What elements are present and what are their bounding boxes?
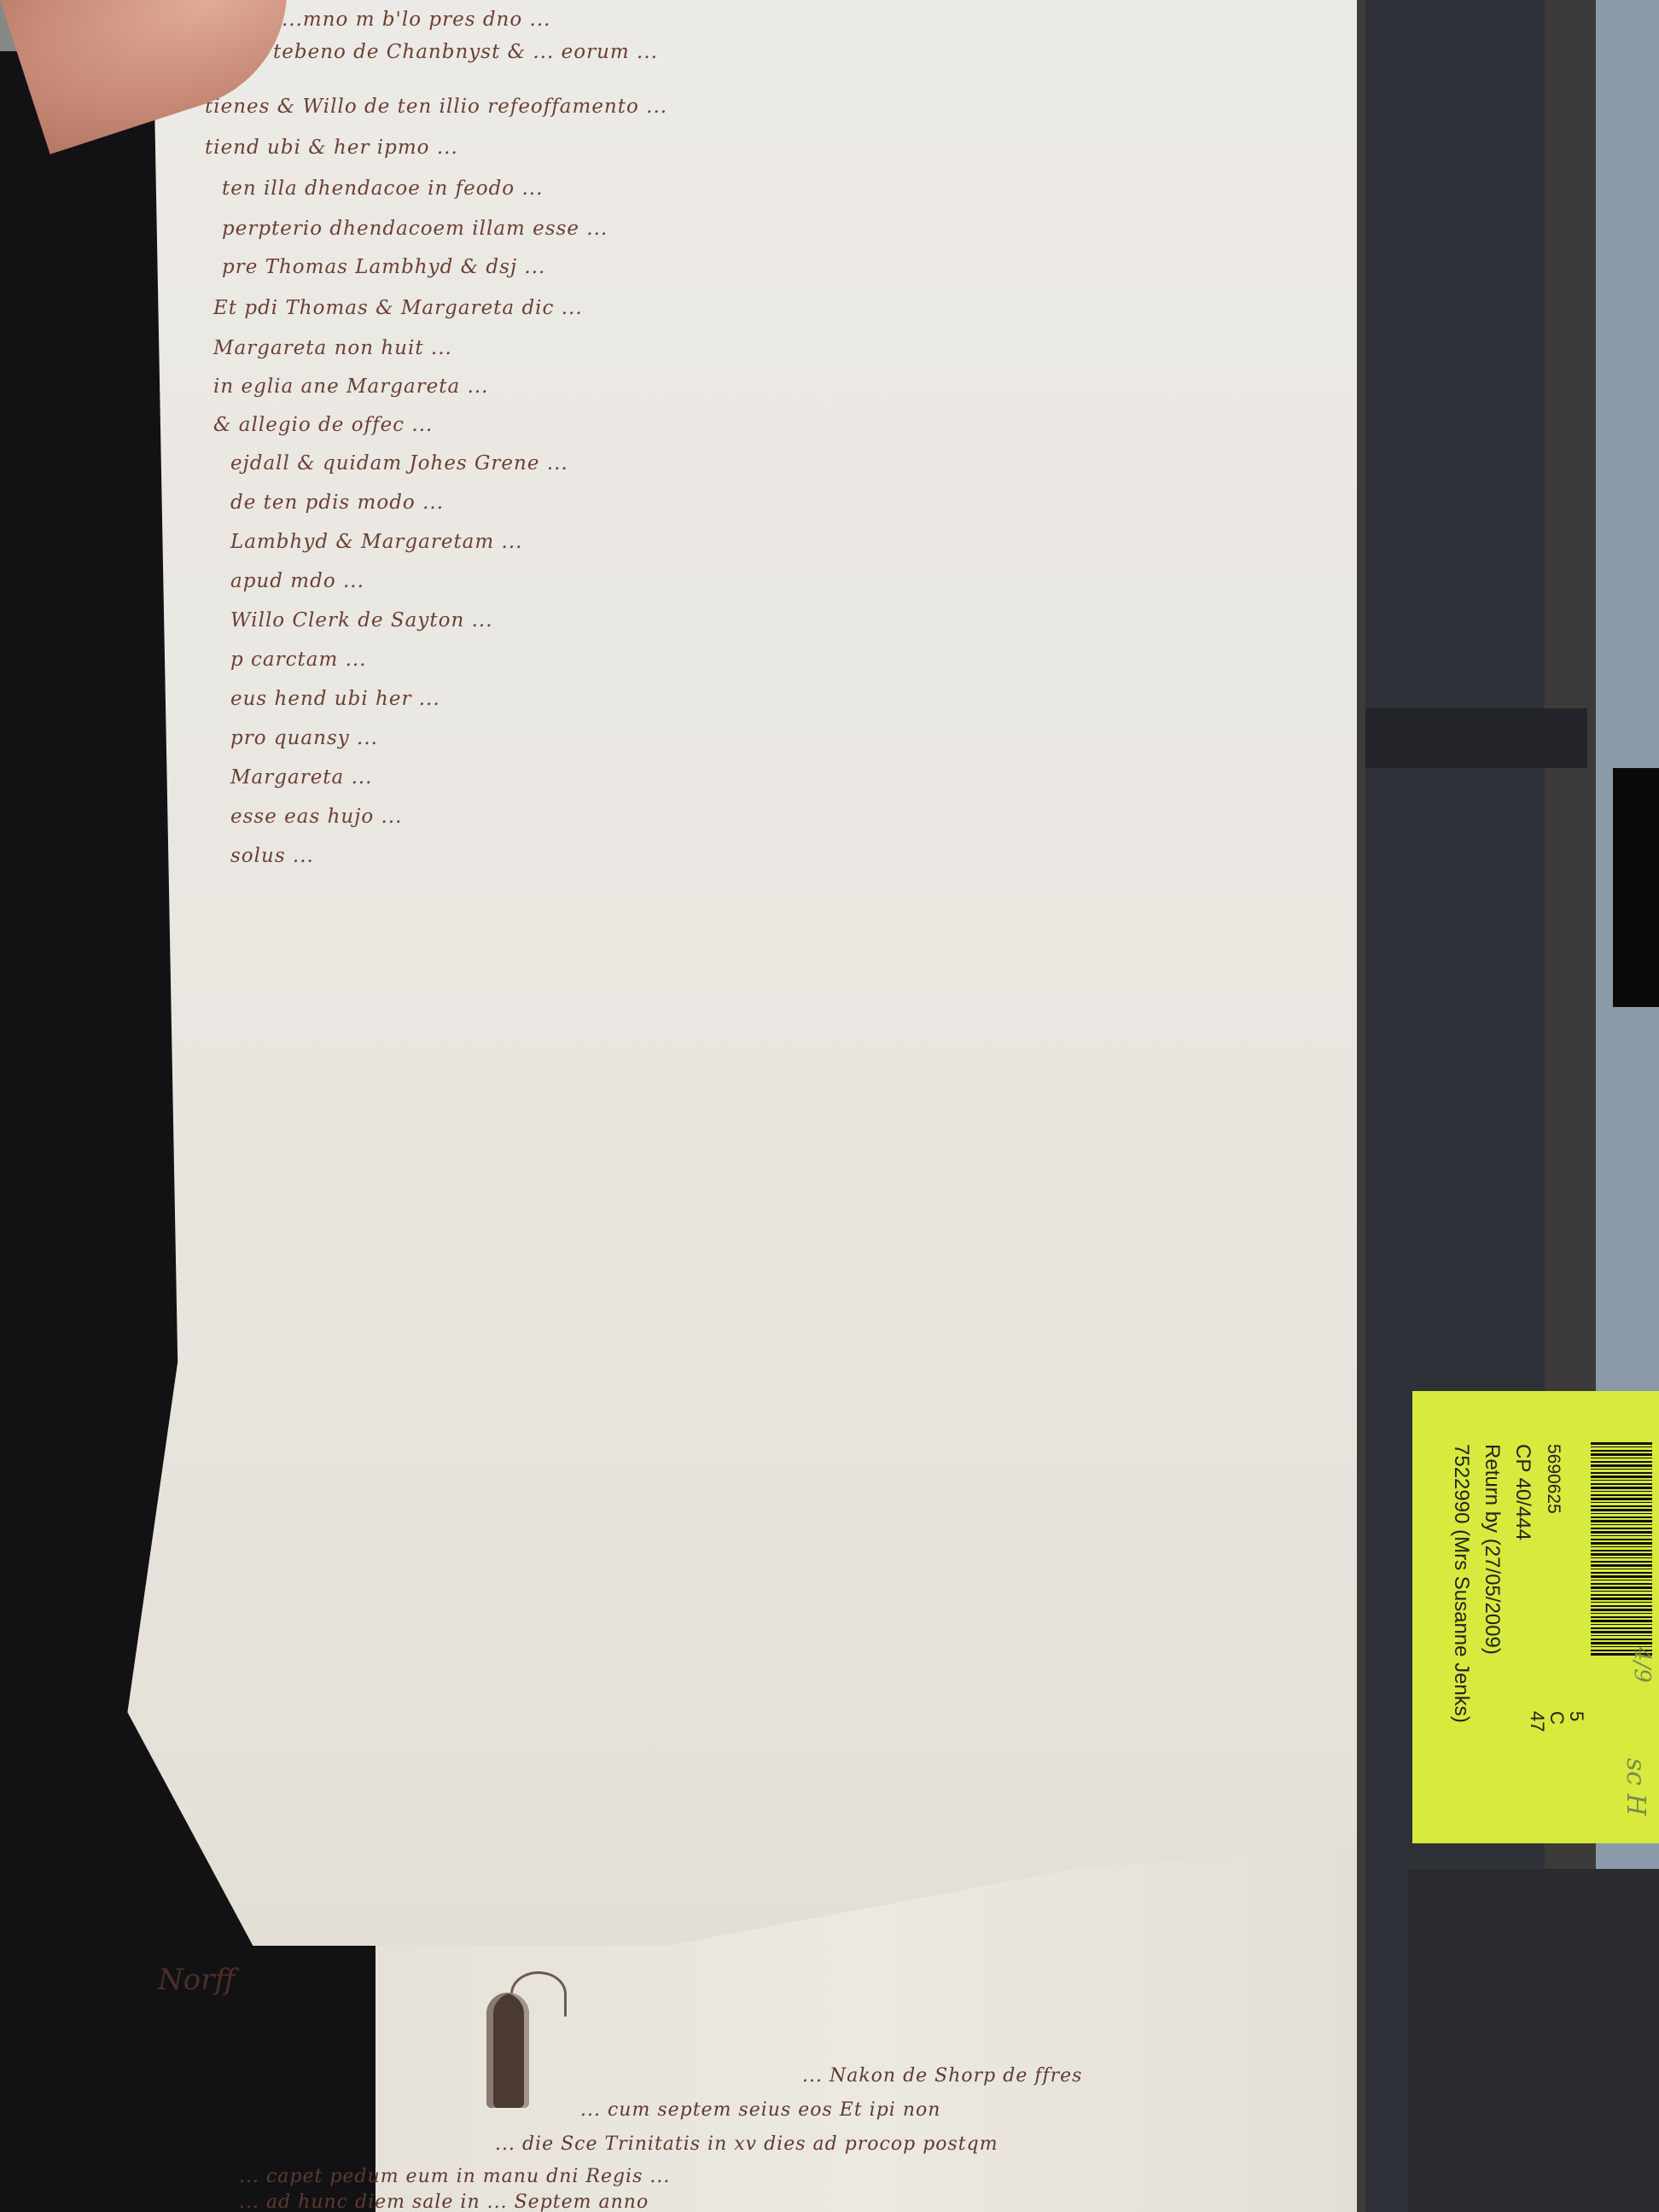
ms-line: perpterio dhendacoem illam esse ... <box>222 218 608 238</box>
ms-line: pre Thomas Lambhyd & dsj ... <box>222 256 545 276</box>
ms-line: pro quansy ... <box>230 727 378 748</box>
ms-line: de ten pdis modo ... <box>230 492 444 512</box>
archive-label: 5690625 CP 40/444 Return by (27/05/2009)… <box>1412 1391 1659 1843</box>
label-reference: CP 40/444 <box>1511 1444 1534 1540</box>
ms-line: ... die Sce Trinitatis in xv dies ad pro… <box>495 2133 998 2154</box>
ms-line: ... capet pedum eum in manu dni Regis ..… <box>239 2166 670 2186</box>
label-location: 5 C 47 <box>1528 1711 1586 1732</box>
ms-line: ...mno m b'lo pres dno ... <box>282 9 550 29</box>
label-code: 5690625 <box>1543 1444 1563 1514</box>
ms-line: esse eas hujo ... <box>230 806 402 826</box>
label-handwritten-note-2: 4/9 <box>1629 1647 1655 1683</box>
ms-line: ... cum septem seius eos Et ipi non <box>580 2099 940 2120</box>
ms-line: in eglia ane Margareta ... <box>213 375 489 396</box>
foam-support-notch <box>1365 708 1587 768</box>
barcode <box>1591 1442 1652 1656</box>
ms-line: Et pdi Thomas & Margareta dic ... <box>213 297 583 317</box>
foam-support-slot <box>1613 768 1659 1007</box>
label-location-1: 5 <box>1567 1711 1586 1732</box>
ms-line: ten illa dhendacoe in feodo ... <box>222 178 543 198</box>
seal-tag <box>486 1993 529 2108</box>
ms-line: ejdall & quidam Johes Grene ... <box>230 452 568 473</box>
label-owner: 7522990 (Mrs Susanne Jenks) <box>1449 1444 1473 1723</box>
ms-line: tebeno de Chanbnyst & ... eorum ... <box>273 41 658 61</box>
label-handwritten-note: sc H <box>1621 1758 1650 1816</box>
ms-line: apud mdo ... <box>230 570 364 591</box>
ms-line: solus ... <box>230 845 314 865</box>
ms-line: tiend ubi & her ipmo ... <box>205 137 458 157</box>
foam-support-bottom <box>1408 1869 1659 2212</box>
margin-note: Norff <box>158 1963 236 1997</box>
ms-line: Willo Clerk de Sayton ... <box>230 609 493 630</box>
parchment-upper-membrane <box>102 0 1357 1946</box>
ms-line: Lambhyd & Margaretam ... <box>230 531 522 551</box>
label-location-3: 47 <box>1528 1711 1547 1732</box>
ms-line: Margareta ... <box>230 766 373 787</box>
ms-line: Margareta non huit ... <box>213 337 452 358</box>
ms-line: p carctam ... <box>230 649 367 669</box>
ms-line: eus hend ubi her ... <box>230 688 440 708</box>
ms-line: & allegio de offec ... <box>213 414 433 434</box>
label-location-2: C <box>1547 1711 1567 1732</box>
ms-line: ... Nakon de Shorp de ffres <box>802 2065 1082 2086</box>
ms-line: tienes & Willo de ten illio refeoffament… <box>205 96 667 116</box>
label-return-by: Return by (27/05/2009) <box>1480 1444 1504 1655</box>
